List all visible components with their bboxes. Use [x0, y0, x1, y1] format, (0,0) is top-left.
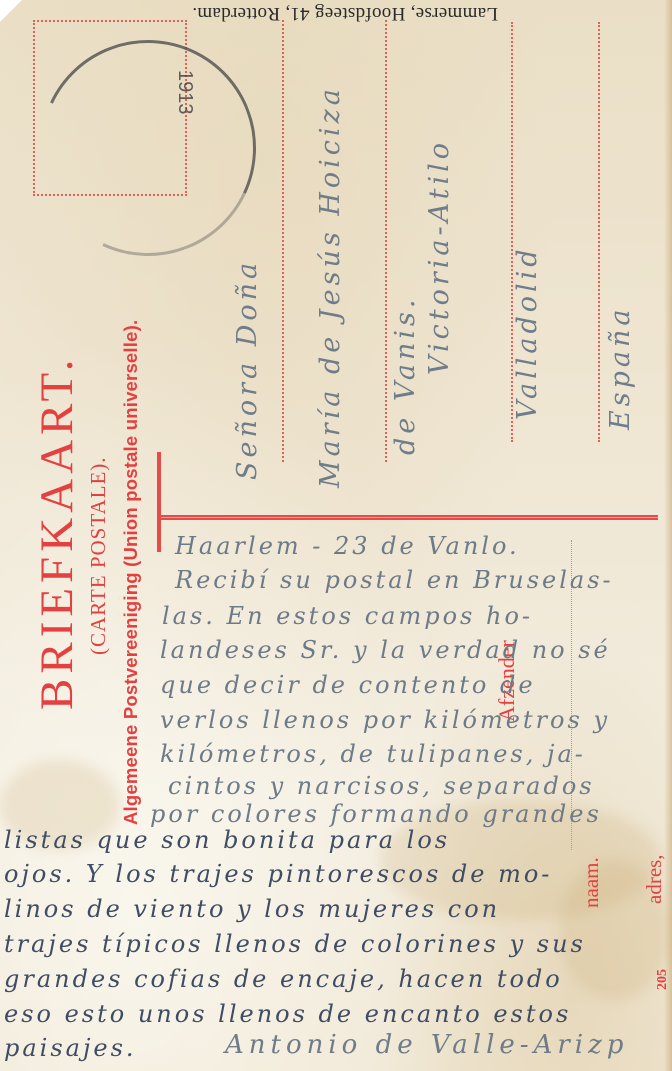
message-line: Recibí su postal en Bruselas-: [175, 566, 614, 594]
message-line: linos de viento y los mujeres con: [4, 895, 500, 923]
message-line: las. En estos campos ho-: [162, 602, 533, 630]
address-line: de Vanis.: [390, 296, 421, 455]
message-line: cintos y narcisos, separados: [168, 772, 595, 800]
address-dotted-line: [385, 20, 387, 462]
message-line: landeses Sr. y la verdad no sé: [160, 636, 611, 664]
message-line: por colores formando grandes: [150, 800, 602, 828]
address-line: Valladolid: [512, 245, 543, 420]
print-number: 205: [655, 969, 671, 990]
address-dotted-line: [282, 20, 284, 462]
postmark-year: 1913: [173, 70, 196, 115]
address-dotted-line: [598, 22, 600, 442]
worn-edge: [664, 0, 672, 1071]
red-vertical-divider: [157, 452, 161, 552]
name-label: naam.: [579, 857, 604, 908]
address-line: Señora Doña: [232, 259, 263, 480]
message-line: listas que son bonita para los: [4, 826, 450, 854]
message-line: eso esto unos llenos de encanto estos: [4, 1000, 571, 1028]
message-line: paisajes.: [4, 1034, 137, 1062]
publisher-imprint: Lammerse, Hoofdsteeg 41, Rotterdam.: [120, 0, 570, 26]
message-line: kilómetros, de tulipanes, ja-: [160, 740, 586, 768]
message-line: grandes cofias de encaje, hacen todo: [4, 965, 563, 993]
address-line: España: [605, 306, 636, 430]
message-line: ojos. Y los trajes pintorescos de mo-: [4, 860, 552, 888]
address-line: Victoria-Atilo: [424, 139, 455, 375]
address-label: adres,: [642, 854, 667, 904]
message-line: Haarlem - 23 de Vanlo.: [175, 532, 520, 560]
address-line: María de Jesús Hoiciza: [315, 85, 346, 488]
card-subtitle: (CARTE POSTALE).: [86, 456, 111, 655]
signature: Antonio de Valle-Arizp: [225, 1030, 628, 1060]
torn-corner: [0, 0, 22, 22]
card-title: BRIEFKAART.: [30, 354, 84, 710]
postcard-back: Lammerse, Hoofdsteeg 41, Rotterdam. 1913…: [0, 0, 672, 1071]
postal-union-line: Algemeene Postvereeniging (Union postale…: [120, 320, 142, 825]
message-line: verlos llenos por kilómetros y: [160, 706, 610, 734]
message-line: trajes típicos llenos de colorines y sus: [4, 930, 586, 958]
message-line: que decir de contento de: [160, 671, 536, 699]
red-horizontal-divider: [158, 515, 658, 520]
